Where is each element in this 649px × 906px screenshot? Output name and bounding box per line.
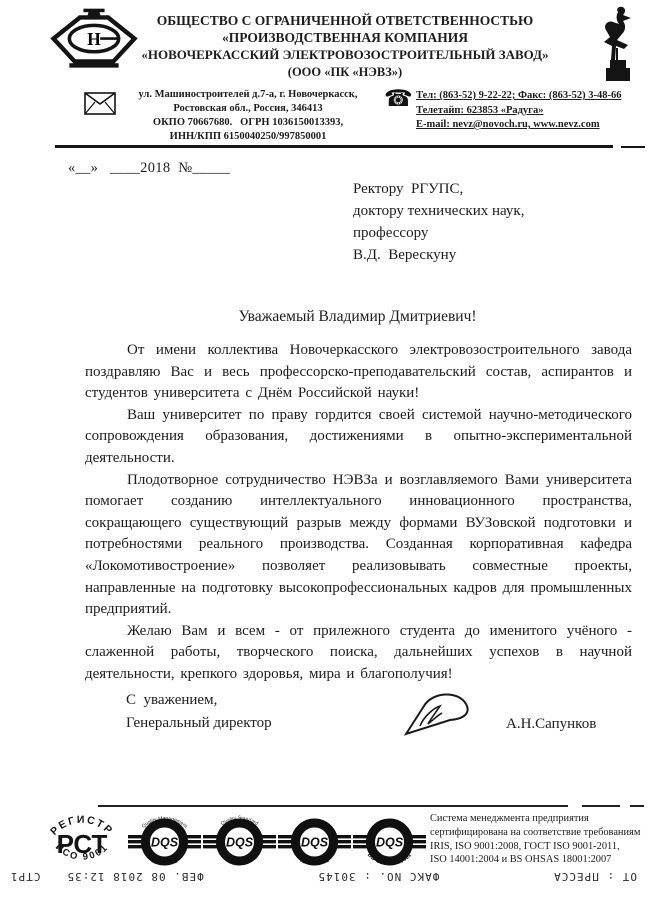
dqs-certification-badge-icon: DQS BS OHSAS 18001: [353, 809, 426, 875]
company-line-1: ОБЩЕСТВО С ОГРАНИЧЕННОЙ ОТВЕТСТВЕННОСТЬЮ: [110, 12, 580, 29]
letter-paragraph-3: Плодотворное сотрудничество НЭВЗа и возг…: [85, 470, 632, 621]
certification-badges-row: РЕГИСТР РСТ ИСО 9001 Quality Management …: [38, 808, 426, 876]
recipient-line-4: В.Д. Верескуну: [353, 244, 524, 266]
signature-scribble-icon: [402, 688, 484, 740]
letter-paragraph-1: От имени коллектива Новочеркасского элек…: [85, 340, 632, 405]
contact-email-site: E-mail: nevz@novoch.ru, www.nevz.com: [416, 118, 648, 133]
mercury-statue-icon: [593, 4, 641, 84]
logo-letter: Н: [87, 29, 101, 49]
dqs-badge-letters: DQS: [151, 836, 179, 850]
recipient-line-3: профессору: [353, 222, 524, 244]
signature-closing: С уважением,: [126, 692, 217, 709]
recipient-line-1: Ректору РГУПС,: [353, 178, 524, 200]
address-line-2: Ростовская обл., Россия, 346413: [122, 102, 374, 116]
date-number-line: «__» ____2018 №_____: [68, 160, 230, 177]
cert-line-1: Система менеджмента предприятия: [430, 812, 644, 826]
address-line-4: ИНН/КПП 6150040250/997850001: [122, 130, 374, 144]
envelope-icon: [84, 92, 116, 115]
fax-timestamp: ФЕВ. 08 2018 12:35: [67, 871, 204, 884]
address-line-1: ул. Машиностроителей д.7-а, г. Новочерка…: [122, 88, 374, 102]
letter-scan-page: Н ОБЩЕСТВО С ОГРАНИЧЕННОЙ ОТВЕТСТВЕННОСТ…: [0, 0, 649, 906]
company-line-3: «НОВОЧЕРКАССКИЙ ЭЛЕКТРОВОЗОСТРОИТЕЛЬНЫЙ …: [110, 46, 580, 63]
address-line-3: ОКПО 70667680. ОГРН 1036150013393,: [122, 116, 374, 130]
header-divider-tail: [621, 146, 645, 148]
company-name-block: ОБЩЕСТВО С ОГРАНИЧЕННОЙ ОТВЕТСТВЕННОСТЬЮ…: [110, 12, 580, 81]
company-contacts-block: Тел: (863-52) 9-22-22; Факс: (863-52) 3-…: [416, 89, 648, 133]
signature-title: Генеральный директор: [126, 715, 272, 732]
dqs-badge-letters: DQS: [301, 836, 329, 850]
cert-line-2: сертифицирована на соответствие требован…: [430, 826, 644, 840]
company-address-block: ул. Машиностроителей д.7-а, г. Новочерка…: [122, 88, 374, 144]
recipient-block: Ректору РГУПС, доктору технических наук,…: [353, 178, 524, 266]
dqs-badge-letters: DQS: [376, 836, 404, 850]
company-line-4: (ООО «ПК «НЭВЗ»): [110, 63, 580, 81]
cert-line-3: IRIS, ISO 9001:2008, ГОСТ ISO 9001-2011,: [430, 840, 644, 854]
dqs-certification-badge-icon: Quality Standard DQS IRIS: [203, 809, 276, 875]
footer-divider: [98, 805, 568, 807]
footer-divider-dash-1: [582, 805, 620, 807]
letter-body: От имени коллектива Новочеркасского элек…: [85, 340, 632, 686]
fax-stamp-group: ФЕВ. 08 2018 12:35 СТР1: [10, 871, 204, 884]
header-divider: [55, 145, 613, 148]
fax-page: СТР1: [10, 871, 41, 884]
signature-name: А.Н.Сапунков: [506, 716, 596, 733]
footer-divider-dash-2: [630, 805, 644, 807]
salutation: Уважаемый Владимир Дмитриевич!: [85, 308, 630, 326]
svg-text:IRIS: IRIS: [233, 859, 247, 867]
fax-header-line: ОТ : ПРЕССА ФАКС NO. : 30145 ФЕВ. 08 201…: [0, 869, 649, 885]
certification-statement: Система менеджмента предприятия сертифиц…: [430, 812, 644, 867]
fax-number: ФАКС NO. : 30145: [317, 871, 439, 884]
letter-paragraph-2: Ваш университет по праву гордится своей …: [85, 405, 632, 470]
company-line-2: «ПРОИЗВОДСТВЕННАЯ КОМПАНИЯ: [110, 29, 580, 46]
cert-line-4: ISO 14001:2004 и BS OHSAS 18001:2007: [430, 853, 644, 867]
dqs-badge-bottom-text: IRIS: [233, 859, 247, 867]
phone-icon: ☎: [384, 88, 413, 111]
dqs-certification-badge-icon: DQS ISO 14001: [278, 809, 351, 875]
fax-from: ОТ : ПРЕССА: [553, 871, 637, 884]
dqs-badge-letters: DQS: [226, 836, 254, 850]
rst-certification-badge-icon: РЕГИСТР РСТ ИСО 9001: [38, 808, 126, 876]
dqs-certification-badge-icon: Quality Management DQS ISO 9001: [128, 809, 201, 875]
contact-phone-fax: Тел: (863-52) 9-22-22; Факс: (863-52) 3-…: [416, 89, 648, 104]
letter-paragraph-4: Желаю Вам и всем - от прилежного студент…: [85, 621, 632, 686]
contact-teletype: Телетайп: 623853 «Радуга»: [416, 104, 648, 119]
recipient-line-2: доктору технических наук,: [353, 200, 524, 222]
